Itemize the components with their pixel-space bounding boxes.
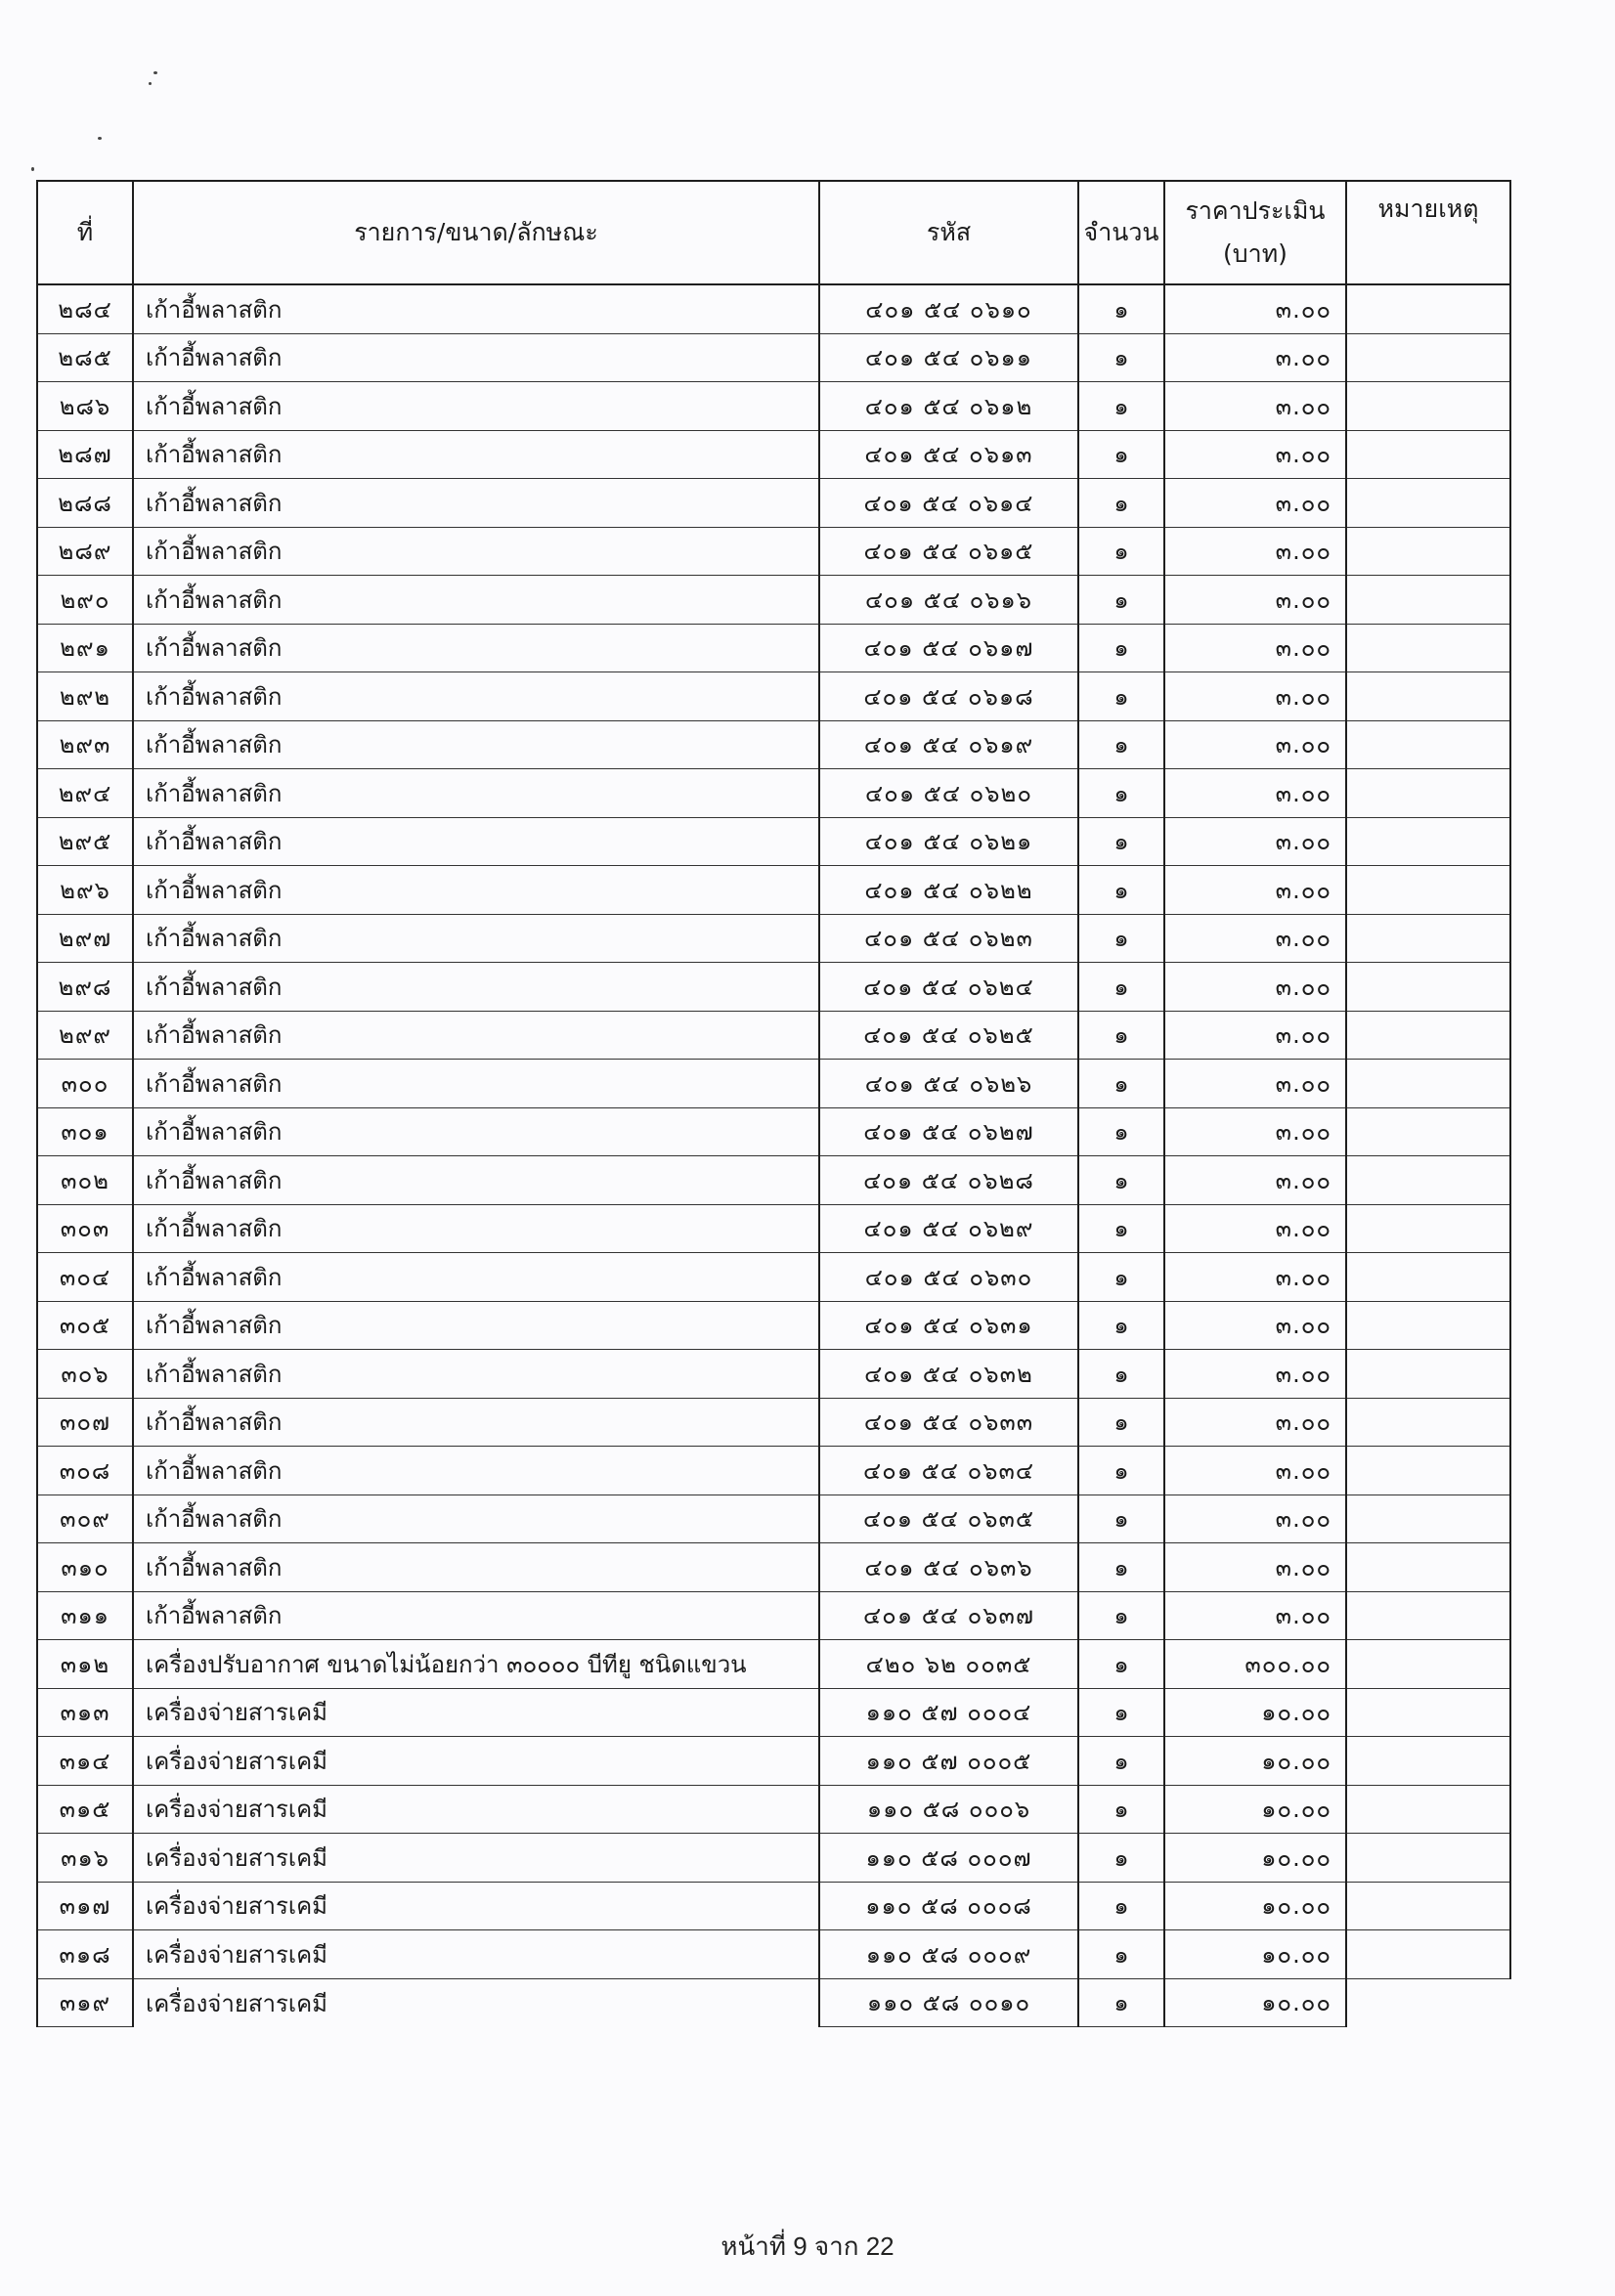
item-description: เก้าอี้พลาสติก [133, 1398, 819, 1447]
row-number: ๒๙๔ [37, 769, 133, 818]
item-code: ๔๐๑ ๕๔ ๐๖๒๕ [819, 1011, 1078, 1060]
row-number: ๒๙๖ [37, 866, 133, 915]
item-price: ๑๐.๐๐ [1164, 1930, 1346, 1979]
item-description: เครื่องจ่ายสารเคมี [133, 1737, 819, 1786]
table-row: ๒๙๙เก้าอี้พลาสติก๔๐๑ ๕๔ ๐๖๒๕๑๓.๐๐ [37, 1011, 1510, 1060]
item-quantity: ๑ [1078, 914, 1164, 963]
row-number: ๓๐๐ [37, 1060, 133, 1108]
item-price: ๓.๐๐ [1164, 963, 1346, 1012]
header-quantity: จำนวน [1078, 181, 1164, 284]
item-description: เครื่องจ่ายสารเคมี [133, 1785, 819, 1834]
item-price: ๓.๐๐ [1164, 1495, 1346, 1543]
item-description: เก้าอี้พลาสติก [133, 1253, 819, 1302]
item-price: ๓.๐๐ [1164, 1156, 1346, 1205]
row-number: ๓๑๕ [37, 1785, 133, 1834]
item-code: ๑๑๐ ๕๗ ๐๐๐๔ [819, 1688, 1078, 1737]
row-number: ๒๘๕ [37, 333, 133, 382]
row-number: ๓๑๗ [37, 1882, 133, 1930]
item-code: ๔๐๑ ๕๔ ๐๖๒๔ [819, 963, 1078, 1012]
row-number: ๒๘๙ [37, 527, 133, 576]
item-price: ๓.๐๐ [1164, 1543, 1346, 1592]
item-remark [1346, 479, 1510, 528]
item-code: ๑๑๐ ๕๘ ๐๐๐๗ [819, 1834, 1078, 1883]
row-number: ๒๙๓ [37, 720, 133, 769]
item-description: เก้าอี้พลาสติก [133, 1495, 819, 1543]
table-row: ๒๘๖เก้าอี้พลาสติก๔๐๑ ๕๔ ๐๖๑๒๑๓.๐๐ [37, 382, 1510, 431]
item-code: ๔๐๑ ๕๔ ๐๖๒๖ [819, 1060, 1078, 1108]
table-row: ๓๐๓เก้าอี้พลาสติก๔๐๑ ๕๔ ๐๖๒๙๑๓.๐๐ [37, 1204, 1510, 1253]
row-number: ๓๑๐ [37, 1543, 133, 1592]
row-number: ๒๘๗ [37, 430, 133, 479]
table-row: ๓๐๔เก้าอี้พลาสติก๔๐๑ ๕๔ ๐๖๓๐๑๓.๐๐ [37, 1253, 1510, 1302]
item-description: เก้าอี้พลาสติก [133, 284, 819, 333]
page-number: หน้าที่ 9 จาก 22 [0, 2227, 1615, 2267]
item-description: เก้าอี้พลาสติก [133, 672, 819, 721]
item-description: เครื่องจ่ายสารเคมี [133, 1688, 819, 1737]
item-description: เก้าอี้พลาสติก [133, 479, 819, 528]
item-price: ๓.๐๐ [1164, 817, 1346, 866]
item-remark [1346, 1785, 1510, 1834]
item-remark [1346, 1978, 1510, 2027]
row-number: ๓๑๖ [37, 1834, 133, 1883]
header-price: ราคาประเมิน (บาท) [1164, 181, 1346, 284]
row-number: ๒๙๕ [37, 817, 133, 866]
item-quantity: ๑ [1078, 333, 1164, 382]
item-code: ๔๐๑ ๕๔ ๐๖๓๕ [819, 1495, 1078, 1543]
item-price: ๓.๐๐ [1164, 1060, 1346, 1108]
item-description: เก้าอี้พลาสติก [133, 576, 819, 625]
table-row: ๓๐๘เก้าอี้พลาสติก๔๐๑ ๕๔ ๐๖๓๔๑๓.๐๐ [37, 1447, 1510, 1495]
table-row: ๓๑๑เก้าอี้พลาสติก๔๐๑ ๕๔ ๐๖๓๗๑๓.๐๐ [37, 1591, 1510, 1640]
item-price: ๓.๐๐ [1164, 576, 1346, 625]
item-remark [1346, 1301, 1510, 1350]
item-quantity: ๑ [1078, 1253, 1164, 1302]
item-code: ๔๐๑ ๕๔ ๐๖๑๒ [819, 382, 1078, 431]
item-quantity: ๑ [1078, 1737, 1164, 1786]
item-price: ๓.๐๐ [1164, 1253, 1346, 1302]
item-quantity: ๑ [1078, 1978, 1164, 2027]
row-number: ๓๐๓ [37, 1204, 133, 1253]
table-row: ๒๙๗เก้าอี้พลาสติก๔๐๑ ๕๔ ๐๖๒๓๑๓.๐๐ [37, 914, 1510, 963]
item-remark [1346, 1253, 1510, 1302]
header-no: ที่ [37, 181, 133, 284]
header-price-line1: ราคาประเมิน [1165, 190, 1345, 233]
table-row: ๒๙๒เก้าอี้พลาสติก๔๐๑ ๕๔ ๐๖๑๘๑๓.๐๐ [37, 672, 1510, 721]
item-remark [1346, 284, 1510, 333]
item-quantity: ๑ [1078, 1350, 1164, 1399]
header-description: รายการ/ขนาด/ลักษณะ [133, 181, 819, 284]
item-price: ๓.๐๐ [1164, 382, 1346, 431]
row-number: ๓๑๓ [37, 1688, 133, 1737]
item-remark [1346, 1591, 1510, 1640]
item-price: ๓.๐๐ [1164, 1591, 1346, 1640]
item-description: เครื่องจ่ายสารเคมี [133, 1978, 819, 2027]
row-number: ๒๙๘ [37, 963, 133, 1012]
item-quantity: ๑ [1078, 866, 1164, 915]
table-row: ๓๐๙เก้าอี้พลาสติก๔๐๑ ๕๔ ๐๖๓๕๑๓.๐๐ [37, 1495, 1510, 1543]
item-quantity: ๑ [1078, 1543, 1164, 1592]
item-code: ๔๒๐ ๖๒ ๐๐๓๕ [819, 1640, 1078, 1689]
item-quantity: ๑ [1078, 1398, 1164, 1447]
item-code: ๔๐๑ ๕๔ ๐๖๓๓ [819, 1398, 1078, 1447]
header-price-line2: (บาท) [1165, 233, 1345, 276]
item-quantity: ๑ [1078, 1591, 1164, 1640]
item-price: ๓๐๐.๐๐ [1164, 1640, 1346, 1689]
table-row: ๒๘๔เก้าอี้พลาสติก๔๐๑ ๕๔ ๐๖๑๐๑๓.๐๐ [37, 284, 1510, 333]
table-row: ๒๙๓เก้าอี้พลาสติก๔๐๑ ๕๔ ๐๖๑๙๑๓.๐๐ [37, 720, 1510, 769]
item-description: เก้าอี้พลาสติก [133, 866, 819, 915]
item-code: ๔๐๑ ๕๔ ๐๖๓๑ [819, 1301, 1078, 1350]
table-row: ๓๑๗เครื่องจ่ายสารเคมี๑๑๐ ๕๘ ๐๐๐๘๑๑๐.๐๐ [37, 1882, 1510, 1930]
item-remark [1346, 963, 1510, 1012]
item-price: ๑๐.๐๐ [1164, 1688, 1346, 1737]
item-quantity: ๑ [1078, 672, 1164, 721]
item-quantity: ๑ [1078, 382, 1164, 431]
scan-speck [31, 167, 34, 171]
scan-speck [98, 137, 102, 140]
item-quantity: ๑ [1078, 1107, 1164, 1156]
table-row: ๒๘๗เก้าอี้พลาสติก๔๐๑ ๕๔ ๐๖๑๓๑๓.๐๐ [37, 430, 1510, 479]
item-price: ๓.๐๐ [1164, 866, 1346, 915]
item-remark [1346, 1737, 1510, 1786]
table-row: ๓๑๕เครื่องจ่ายสารเคมี๑๑๐ ๕๘ ๐๐๐๖๑๑๐.๐๐ [37, 1785, 1510, 1834]
row-number: ๓๑๑ [37, 1591, 133, 1640]
item-code: ๔๐๑ ๕๔ ๐๖๑๖ [819, 576, 1078, 625]
item-code: ๔๐๑ ๕๔ ๐๖๒๐ [819, 769, 1078, 818]
item-remark [1346, 914, 1510, 963]
item-code: ๑๑๐ ๕๘ ๐๐๐๘ [819, 1882, 1078, 1930]
item-quantity: ๑ [1078, 963, 1164, 1012]
item-price: ๓.๐๐ [1164, 333, 1346, 382]
item-price: ๓.๐๐ [1164, 430, 1346, 479]
row-number: ๓๐๔ [37, 1253, 133, 1302]
item-code: ๔๐๑ ๕๔ ๐๖๑๗ [819, 624, 1078, 672]
item-price: ๑๐.๐๐ [1164, 1737, 1346, 1786]
table-row: ๓๑๓เครื่องจ่ายสารเคมี๑๑๐ ๕๗ ๐๐๐๔๑๑๐.๐๐ [37, 1688, 1510, 1737]
item-quantity: ๑ [1078, 1882, 1164, 1930]
row-number: ๓๐๘ [37, 1447, 133, 1495]
item-code: ๔๐๑ ๕๔ ๐๖๑๕ [819, 527, 1078, 576]
row-number: ๓๐๙ [37, 1495, 133, 1543]
item-remark [1346, 1930, 1510, 1979]
item-quantity: ๑ [1078, 720, 1164, 769]
header-remark: หมายเหตุ [1346, 181, 1510, 284]
item-remark [1346, 720, 1510, 769]
item-description: เก้าอี้พลาสติก [133, 1156, 819, 1205]
item-code: ๔๐๑ ๕๔ ๐๖๒๒ [819, 866, 1078, 915]
table-row: ๒๙๖เก้าอี้พลาสติก๔๐๑ ๕๔ ๐๖๒๒๑๓.๐๐ [37, 866, 1510, 915]
item-code: ๔๐๑ ๕๔ ๐๖๓๔ [819, 1447, 1078, 1495]
row-number: ๒๘๘ [37, 479, 133, 528]
item-code: ๔๐๑ ๕๔ ๐๖๑๘ [819, 672, 1078, 721]
item-quantity: ๑ [1078, 624, 1164, 672]
item-description: เก้าอี้พลาสติก [133, 1447, 819, 1495]
row-number: ๓๑๙ [37, 1978, 133, 2027]
item-remark [1346, 1107, 1510, 1156]
item-description: เก้าอี้พลาสติก [133, 1011, 819, 1060]
table-row: ๒๙๑เก้าอี้พลาสติก๔๐๑ ๕๔ ๐๖๑๗๑๓.๐๐ [37, 624, 1510, 672]
item-code: ๔๐๑ ๕๔ ๐๖๑๐ [819, 284, 1078, 333]
item-description: เก้าอี้พลาสติก [133, 1301, 819, 1350]
item-price: ๑๐.๐๐ [1164, 1834, 1346, 1883]
item-code: ๔๐๑ ๕๔ ๐๖๑๔ [819, 479, 1078, 528]
item-code: ๑๑๐ ๕๘ ๐๐๐๙ [819, 1930, 1078, 1979]
item-remark [1346, 1398, 1510, 1447]
table-row: ๓๐๗เก้าอี้พลาสติก๔๐๑ ๕๔ ๐๖๓๓๑๓.๐๐ [37, 1398, 1510, 1447]
item-price: ๓.๐๐ [1164, 1011, 1346, 1060]
item-remark [1346, 1350, 1510, 1399]
item-price: ๓.๐๐ [1164, 1301, 1346, 1350]
item-remark [1346, 624, 1510, 672]
table-row: ๓๐๑เก้าอี้พลาสติก๔๐๑ ๕๔ ๐๖๒๗๑๓.๐๐ [37, 1107, 1510, 1156]
item-description: เครื่องจ่ายสารเคมี [133, 1930, 819, 1979]
item-description: เก้าอี้พลาสติก [133, 817, 819, 866]
row-number: ๒๙๒ [37, 672, 133, 721]
item-description: เก้าอี้พลาสติก [133, 1204, 819, 1253]
item-description: เก้าอี้พลาสติก [133, 527, 819, 576]
item-quantity: ๑ [1078, 1060, 1164, 1108]
asset-table: ที่ รายการ/ขนาด/ลักษณะ รหัส จำนวน ราคาปร… [36, 180, 1511, 2027]
row-number: ๓๐๑ [37, 1107, 133, 1156]
item-description: เก้าอี้พลาสติก [133, 963, 819, 1012]
item-code: ๔๐๑ ๕๔ ๐๖๒๙ [819, 1204, 1078, 1253]
item-remark [1346, 1447, 1510, 1495]
item-remark [1346, 1495, 1510, 1543]
item-price: ๓.๐๐ [1164, 1107, 1346, 1156]
item-price: ๓.๐๐ [1164, 672, 1346, 721]
item-remark [1346, 430, 1510, 479]
item-quantity: ๑ [1078, 1156, 1164, 1205]
item-remark [1346, 1060, 1510, 1108]
item-description: เครื่องจ่ายสารเคมี [133, 1834, 819, 1883]
item-quantity: ๑ [1078, 769, 1164, 818]
item-remark [1346, 576, 1510, 625]
item-quantity: ๑ [1078, 1930, 1164, 1979]
item-code: ๔๐๑ ๕๔ ๐๖๒๗ [819, 1107, 1078, 1156]
item-quantity: ๑ [1078, 1640, 1164, 1689]
item-code: ๑๑๐ ๕๗ ๐๐๐๕ [819, 1737, 1078, 1786]
item-price: ๓.๐๐ [1164, 527, 1346, 576]
row-number: ๓๑๘ [37, 1930, 133, 1979]
table-row: ๓๐๒เก้าอี้พลาสติก๔๐๑ ๕๔ ๐๖๒๘๑๓.๐๐ [37, 1156, 1510, 1205]
item-price: ๓.๐๐ [1164, 1204, 1346, 1253]
table-row: ๓๐๕เก้าอี้พลาสติก๔๐๑ ๕๔ ๐๖๓๑๑๓.๐๐ [37, 1301, 1510, 1350]
table-header-row: ที่ รายการ/ขนาด/ลักษณะ รหัส จำนวน ราคาปร… [37, 181, 1510, 284]
item-remark [1346, 817, 1510, 866]
item-code: ๔๐๑ ๕๔ ๐๖๒๓ [819, 914, 1078, 963]
item-code: ๔๐๑ ๕๔ ๐๖๒๑ [819, 817, 1078, 866]
item-remark [1346, 1156, 1510, 1205]
item-remark [1346, 1834, 1510, 1883]
item-price: ๓.๐๐ [1164, 914, 1346, 963]
table-row: ๒๘๕เก้าอี้พลาสติก๔๐๑ ๕๔ ๐๖๑๑๑๓.๐๐ [37, 333, 1510, 382]
item-code: ๔๐๑ ๕๔ ๐๖๓๗ [819, 1591, 1078, 1640]
table-row: ๒๙๐เก้าอี้พลาสติก๔๐๑ ๕๔ ๐๖๑๖๑๓.๐๐ [37, 576, 1510, 625]
row-number: ๓๐๖ [37, 1350, 133, 1399]
row-number: ๒๘๔ [37, 284, 133, 333]
item-description: เครื่องจ่ายสารเคมี [133, 1882, 819, 1930]
item-description: เก้าอี้พลาสติก [133, 914, 819, 963]
item-price: ๓.๐๐ [1164, 284, 1346, 333]
item-quantity: ๑ [1078, 430, 1164, 479]
table-row: ๓๑๖เครื่องจ่ายสารเคมี๑๑๐ ๕๘ ๐๐๐๗๑๑๐.๐๐ [37, 1834, 1510, 1883]
item-remark [1346, 1688, 1510, 1737]
item-quantity: ๑ [1078, 1785, 1164, 1834]
item-description: เก้าอี้พลาสติก [133, 1060, 819, 1108]
item-code: ๔๐๑ ๕๔ ๐๖๑๙ [819, 720, 1078, 769]
item-remark [1346, 866, 1510, 915]
item-price: ๓.๐๐ [1164, 624, 1346, 672]
row-number: ๒๙๙ [37, 1011, 133, 1060]
item-quantity: ๑ [1078, 817, 1164, 866]
item-quantity: ๑ [1078, 284, 1164, 333]
item-remark [1346, 1882, 1510, 1930]
table-row: ๓๐๐เก้าอี้พลาสติก๔๐๑ ๕๔ ๐๖๒๖๑๓.๐๐ [37, 1060, 1510, 1108]
item-code: ๔๐๑ ๕๔ ๐๖๑๓ [819, 430, 1078, 479]
item-code: ๔๐๑ ๕๔ ๐๖๑๑ [819, 333, 1078, 382]
table-row: ๒๘๘เก้าอี้พลาสติก๔๐๑ ๕๔ ๐๖๑๔๑๓.๐๐ [37, 479, 1510, 528]
item-quantity: ๑ [1078, 1447, 1164, 1495]
item-price: ๑๐.๐๐ [1164, 1882, 1346, 1930]
row-number: ๒๘๖ [37, 382, 133, 431]
table-row: ๓๑๙เครื่องจ่ายสารเคมี๑๑๐ ๕๘ ๐๐๑๐๑๑๐.๐๐ [37, 1978, 1510, 2027]
item-quantity: ๑ [1078, 1688, 1164, 1737]
table-body: ๒๘๔เก้าอี้พลาสติก๔๐๑ ๕๔ ๐๖๑๐๑๓.๐๐๒๘๕เก้า… [37, 284, 1510, 2027]
item-quantity: ๑ [1078, 1495, 1164, 1543]
item-description: เก้าอี้พลาสติก [133, 333, 819, 382]
item-remark [1346, 382, 1510, 431]
item-description: เก้าอี้พลาสติก [133, 430, 819, 479]
item-price: ๓.๐๐ [1164, 769, 1346, 818]
item-description: เก้าอี้พลาสติก [133, 720, 819, 769]
item-code: ๔๐๑ ๕๔ ๐๖๓๒ [819, 1350, 1078, 1399]
table-row: ๓๐๖เก้าอี้พลาสติก๔๐๑ ๕๔ ๐๖๓๒๑๓.๐๐ [37, 1350, 1510, 1399]
item-description: เก้าอี้พลาสติก [133, 1591, 819, 1640]
scan-speck [153, 71, 157, 74]
item-quantity: ๑ [1078, 1301, 1164, 1350]
table-row: ๓๑๘เครื่องจ่ายสารเคมี๑๑๐ ๕๘ ๐๐๐๙๑๑๐.๐๐ [37, 1930, 1510, 1979]
item-quantity: ๑ [1078, 479, 1164, 528]
item-price: ๓.๐๐ [1164, 1350, 1346, 1399]
item-description: เครื่องปรับอากาศ ขนาดไม่น้อยกว่า ๓๐๐๐๐ บ… [133, 1640, 819, 1689]
row-number: ๒๙๗ [37, 914, 133, 963]
item-remark [1346, 1640, 1510, 1689]
item-description: เก้าอี้พลาสติก [133, 1543, 819, 1592]
item-price: ๓.๐๐ [1164, 1447, 1346, 1495]
item-price: ๑๐.๐๐ [1164, 1785, 1346, 1834]
item-price: ๓.๐๐ [1164, 479, 1346, 528]
table-row: ๒๙๘เก้าอี้พลาสติก๔๐๑ ๕๔ ๐๖๒๔๑๓.๐๐ [37, 963, 1510, 1012]
item-quantity: ๑ [1078, 576, 1164, 625]
item-remark [1346, 769, 1510, 818]
table-row: ๓๑๒เครื่องปรับอากาศ ขนาดไม่น้อยกว่า ๓๐๐๐… [37, 1640, 1510, 1689]
item-description: เก้าอี้พลาสติก [133, 1107, 819, 1156]
item-code: ๔๐๑ ๕๔ ๐๖๒๘ [819, 1156, 1078, 1205]
table-row: ๓๑๐เก้าอี้พลาสติก๔๐๑ ๕๔ ๐๖๓๖๑๓.๐๐ [37, 1543, 1510, 1592]
item-remark [1346, 1204, 1510, 1253]
row-number: ๓๑๒ [37, 1640, 133, 1689]
item-code: ๔๐๑ ๕๔ ๐๖๓๖ [819, 1543, 1078, 1592]
item-quantity: ๑ [1078, 1834, 1164, 1883]
table-row: ๓๑๔เครื่องจ่ายสารเคมี๑๑๐ ๕๗ ๐๐๐๕๑๑๐.๐๐ [37, 1737, 1510, 1786]
item-description: เก้าอี้พลาสติก [133, 1350, 819, 1399]
item-remark [1346, 333, 1510, 382]
row-number: ๒๙๑ [37, 624, 133, 672]
item-remark [1346, 672, 1510, 721]
item-remark [1346, 1543, 1510, 1592]
item-description: เก้าอี้พลาสติก [133, 624, 819, 672]
row-number: ๒๙๐ [37, 576, 133, 625]
item-code: ๔๐๑ ๕๔ ๐๖๓๐ [819, 1253, 1078, 1302]
table-row: ๒๙๔เก้าอี้พลาสติก๔๐๑ ๕๔ ๐๖๒๐๑๓.๐๐ [37, 769, 1510, 818]
row-number: ๓๐๗ [37, 1398, 133, 1447]
row-number: ๓๑๔ [37, 1737, 133, 1786]
item-description: เก้าอี้พลาสติก [133, 769, 819, 818]
row-number: ๓๐๕ [37, 1301, 133, 1350]
scan-speck [149, 82, 152, 85]
item-quantity: ๑ [1078, 527, 1164, 576]
item-code: ๑๑๐ ๕๘ ๐๐๑๐ [819, 1978, 1078, 2027]
item-description: เก้าอี้พลาสติก [133, 382, 819, 431]
item-quantity: ๑ [1078, 1011, 1164, 1060]
item-price: ๑๐.๐๐ [1164, 1978, 1346, 2027]
item-quantity: ๑ [1078, 1204, 1164, 1253]
table-row: ๒๙๕เก้าอี้พลาสติก๔๐๑ ๕๔ ๐๖๒๑๑๓.๐๐ [37, 817, 1510, 866]
item-price: ๓.๐๐ [1164, 720, 1346, 769]
item-price: ๓.๐๐ [1164, 1398, 1346, 1447]
item-remark [1346, 1011, 1510, 1060]
table-row: ๒๘๙เก้าอี้พลาสติก๔๐๑ ๕๔ ๐๖๑๕๑๓.๐๐ [37, 527, 1510, 576]
item-remark [1346, 527, 1510, 576]
header-code: รหัส [819, 181, 1078, 284]
row-number: ๓๐๒ [37, 1156, 133, 1205]
item-code: ๑๑๐ ๕๘ ๐๐๐๖ [819, 1785, 1078, 1834]
